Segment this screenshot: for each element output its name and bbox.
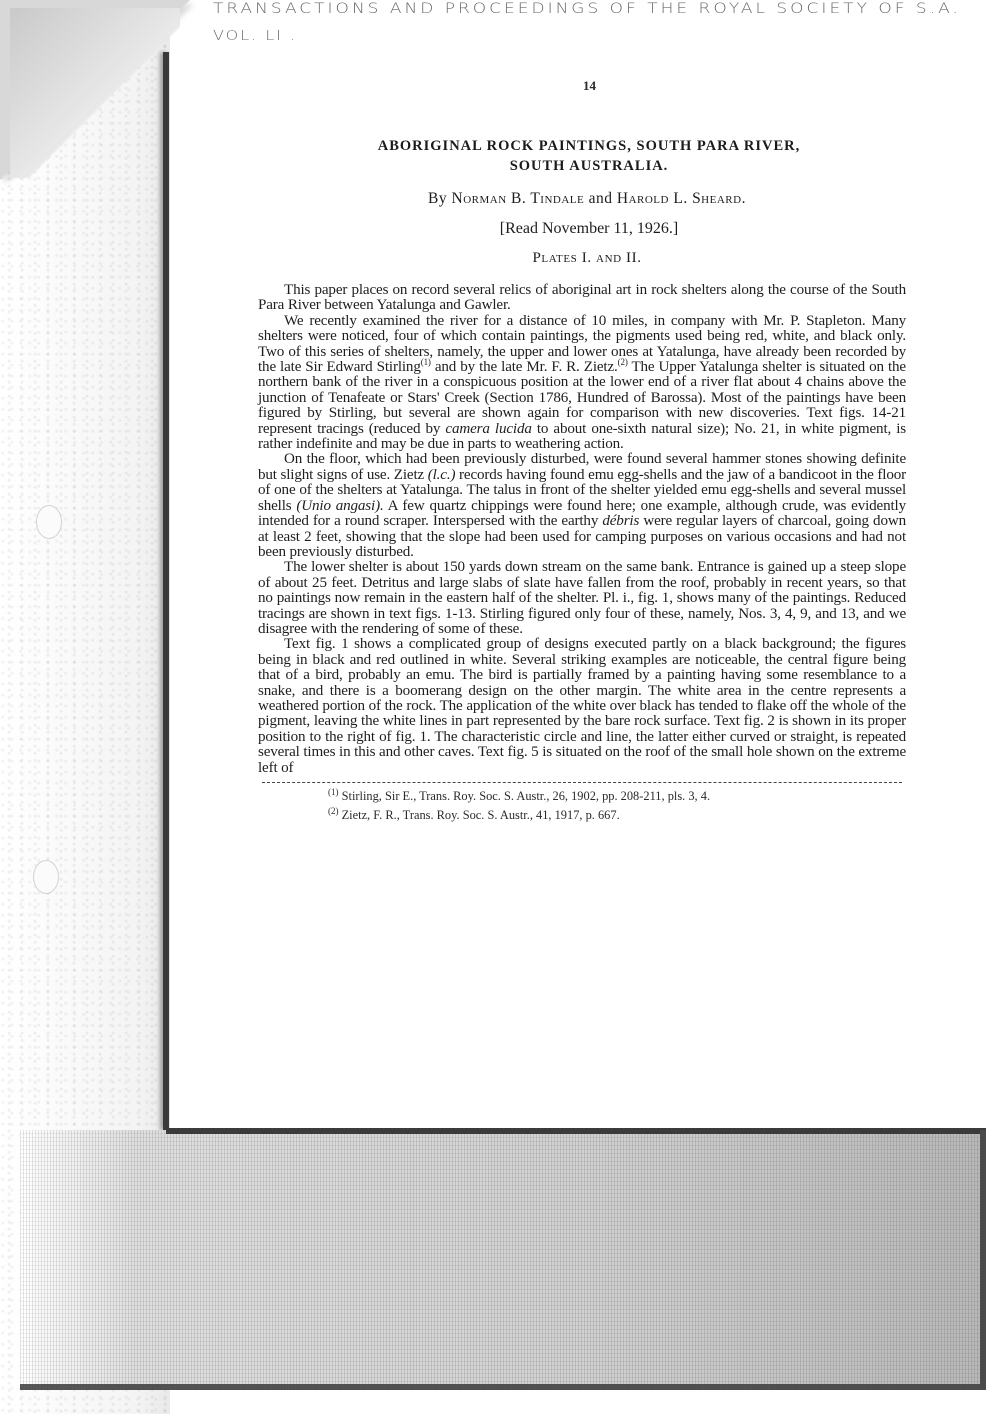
plates-heading: Plates I. and II.: [268, 250, 906, 267]
footnote-marker: (2): [328, 806, 339, 816]
paragraph-5: Text fig. 1 shows a complicated group of…: [258, 637, 906, 776]
italic-term: (Unio angasi).: [296, 498, 383, 514]
text-run: and by the late Mr. F. R. Zietz.: [431, 359, 618, 375]
italic-term: débris: [602, 513, 639, 529]
paragraph-2: We recently examined the river for a dis…: [258, 314, 906, 453]
folded-corner-shading: [10, 8, 180, 178]
author-1: Norman B. Tindale: [452, 190, 585, 207]
paragraph-1: This paper places on record several reli…: [258, 283, 906, 314]
scan-edge-right: [980, 1130, 986, 1390]
author-2: Harold L. Sheard.: [617, 190, 746, 207]
title-line-1: ABORIGINAL ROCK PAINTINGS, SOUTH PARA RI…: [272, 136, 906, 156]
footnote-text: Stirling, Sir E., Trans. Roy. Soc. S. Au…: [342, 789, 710, 803]
italic-term: (l.c.): [428, 467, 456, 483]
footnote-marker: (1): [328, 787, 339, 797]
footnotes: (1) Stirling, Sir E., Trans. Roy. Soc. S…: [328, 785, 906, 822]
page-number: 14: [273, 78, 906, 94]
printed-page: 14 ABORIGINAL ROCK PAINTINGS, SOUTH PARA…: [258, 78, 906, 822]
binder-hole: [36, 505, 62, 539]
footnote-text: Zietz, F. R., Trans. Roy. Soc. S. Austr.…: [342, 808, 620, 822]
page-edge-bottom: [166, 1128, 986, 1134]
footnote-1: (1) Stirling, Sir E., Trans. Roy. Soc. S…: [328, 785, 906, 804]
binder-hole: [33, 860, 59, 894]
article-title: ABORIGINAL ROCK PAINTINGS, SOUTH PARA RI…: [272, 136, 906, 176]
byline: By Norman B. Tindale and Harold L. Shear…: [268, 190, 906, 208]
article-body: This paper places on record several reli…: [258, 283, 906, 776]
paragraph-3: On the floor, which had been previously …: [258, 452, 906, 560]
footnote-2: (2) Zietz, F. R., Trans. Roy. Soc. S. Au…: [328, 804, 906, 823]
annotation-journal: TRANSACTIONS AND PROCEEDINGS OF THE ROYA…: [213, 0, 999, 19]
read-date: [Read November 11, 1926.]: [272, 220, 906, 238]
byline-prefix: By: [428, 190, 447, 207]
footnote-divider: [262, 782, 902, 783]
handwritten-annotation: TRANSACTIONS AND PROCEEDINGS OF THE ROYA…: [213, 5, 999, 43]
scan-margin-bottom: [20, 1130, 985, 1390]
footnote-ref-1: (1): [421, 357, 431, 367]
title-line-2: SOUTH AUSTRALIA.: [272, 156, 906, 176]
page-edge-left: [163, 52, 169, 1130]
annotation-volume: VOL. LI .: [213, 27, 999, 43]
paragraph-4: The lower shelter is about 150 yards dow…: [258, 560, 906, 637]
scan-edge-bottom: [20, 1384, 985, 1390]
byline-and: and: [589, 190, 613, 207]
italic-term: camera lucida: [445, 421, 531, 437]
footnote-ref-2: (2): [618, 357, 628, 367]
